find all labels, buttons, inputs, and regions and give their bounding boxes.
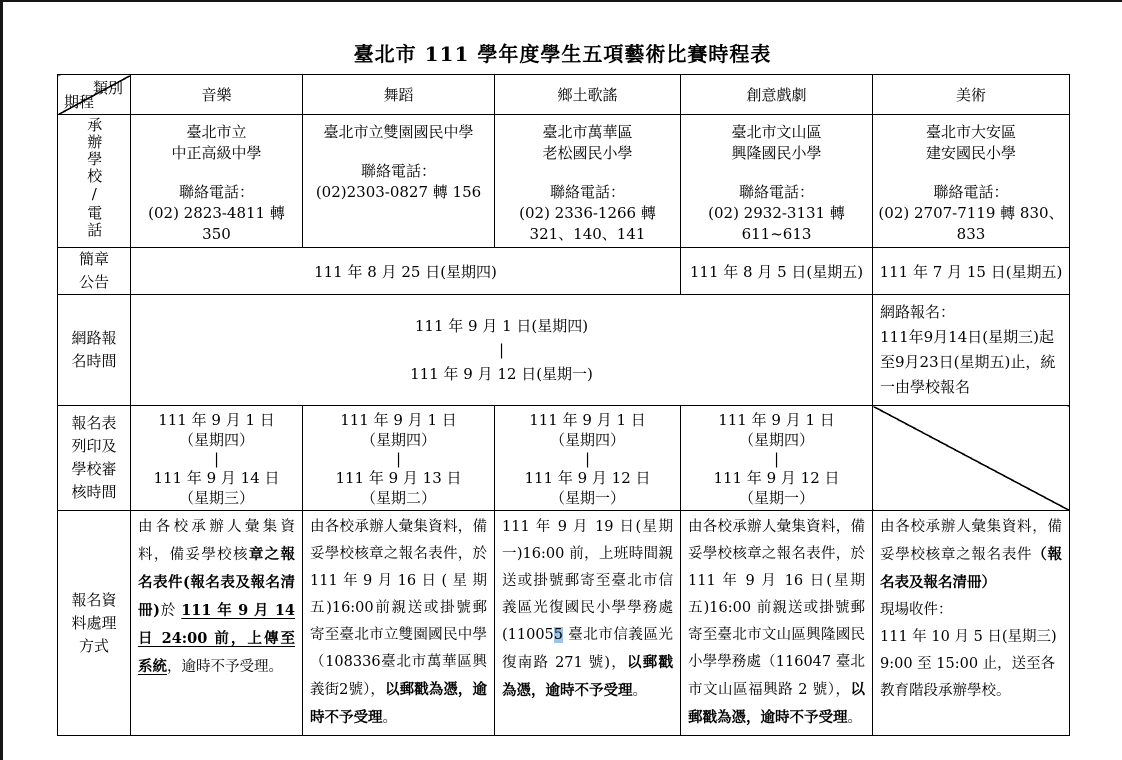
date-line: （星期一） <box>499 488 676 508</box>
announcement-date-drama: 111 年 8 月 5 日(星期五) <box>681 248 873 295</box>
text-line: 111年9月14日(星期三)起 <box>880 325 1062 350</box>
school-cell-music: 臺北市立 中正高級中學 聯絡電話： (02) 2823-4811 轉 350 <box>131 115 303 248</box>
spacer <box>685 164 868 182</box>
date-line: （星期一） <box>685 488 868 508</box>
spacer <box>135 164 298 182</box>
text-run: 111 年 9 月 19 日(星期一)16:00 前，上班時間親送或掛號郵寄至臺… <box>502 519 673 643</box>
text-line: 至9月23日(星期五)止，統 <box>880 350 1062 375</box>
school-cell-fine-art: 臺北市大安區 建安國民小學 聯絡電話： (02) 2707-7119 轉 830… <box>873 115 1070 248</box>
date-line: 111 年 9 月 1 日 <box>307 410 490 430</box>
school-name-line: 臺北市立雙園國民中學 <box>307 122 490 143</box>
school-cell-dance: 臺北市立雙園國民中學 聯絡電話： (02)2303-0827 轉 156 <box>303 115 495 248</box>
row-label-online-registration: 網路報 名時間 <box>58 295 131 406</box>
table-row-host-school: 承辦學校/電話 臺北市立 中正高級中學 聯絡電話： (02) 2823-4811… <box>58 115 1070 248</box>
date-line: （星期四） <box>135 430 298 450</box>
row-label-line: 公告 <box>58 271 130 294</box>
text-run: 。 <box>383 710 398 726</box>
announcement-date-art: 111 年 7 月 15 日(星期五) <box>873 248 1070 295</box>
announcement-date-merged: 111 年 8 月 25 日(星期四) <box>131 248 681 295</box>
online-registration-art: 網路報名： 111年9月14日(星期三)起 至9月23日(星期五)止，統 一由學… <box>873 295 1070 406</box>
col-header-music: 音樂 <box>131 75 303 115</box>
row-label-line: 核時間 <box>58 481 130 504</box>
phone-label: 聯絡電話： <box>499 182 676 203</box>
text-run: 由各校承辦人彙集資料，備妥學校核章之報名表件，於111 年 9 月 16 日(星… <box>688 519 865 698</box>
document-page: { "title": "臺北市 111 學年度學生五項藝術比賽時程表", "hi… <box>0 0 1122 760</box>
col-header-creative-drama: 創意戲劇 <box>681 75 873 115</box>
phone-number: 611~613 <box>685 224 868 245</box>
print-review-music: 111 年 9 月 1 日 （星期四） | 111 年 9 月 14 日 （星期… <box>131 406 303 511</box>
print-review-art-empty-diagonal <box>873 406 1070 511</box>
row-label-line: 列印及 <box>58 435 130 458</box>
page-title: 臺北市 111 學年度學生五項藝術比賽時程表 <box>3 40 1122 68</box>
phone-label: 聯絡電話： <box>685 182 868 203</box>
row-label-line: 學校審 <box>58 458 130 481</box>
school-name-line: 興隆國民小學 <box>685 143 868 164</box>
text-line: 現場收件： <box>880 597 1062 624</box>
date-line: 111 年 9 月 1 日 <box>499 410 676 430</box>
date-range-connector: | <box>499 450 676 468</box>
text-line: 9:00 至 15:00 止，送至各 <box>880 651 1062 678</box>
school-name-line: 中正高級中學 <box>135 143 298 164</box>
spacer <box>499 164 676 182</box>
print-review-folk-song: 111 年 9 月 1 日 （星期四） | 111 年 9 月 12 日 （星期… <box>495 406 681 511</box>
row-label-line: 簡章 <box>58 248 130 271</box>
table-row-processing-method: 報名資 料處理 方式 由各校承辦人彙集資料，備妥學校核章之報名表件(報名表及報名… <box>58 511 1070 736</box>
phone-number: (02) 2932-3131 轉 <box>685 203 868 224</box>
text-line: 111 年 10 月 5 日(星期三) <box>880 624 1062 651</box>
table-row-print-review: 報名表 列印及 學校審 核時間 111 年 9 月 1 日 （星期四） | 11… <box>58 406 1070 511</box>
school-cell-folk-song: 臺北市萬華區 老松國民小學 聯絡電話： (02) 2336-1266 轉 321… <box>495 115 681 248</box>
phone-number: (02) 2707-7119 轉 830、 <box>877 203 1065 224</box>
school-name-line: 臺北市立 <box>135 122 298 143</box>
row-label-line: 名時間 <box>58 350 130 373</box>
row-label-processing-method: 報名資 料處理 方式 <box>58 511 131 736</box>
row-label-print-review: 報名表 列印及 學校審 核時間 <box>58 406 131 511</box>
col-header-folk-song: 鄉土歌謠 <box>495 75 681 115</box>
date-line: （星期四） <box>307 430 490 450</box>
phone-number: (02) 2823-4811 轉 350 <box>135 203 298 245</box>
date-line: 111 年 9 月 1 日 <box>135 410 298 430</box>
phone-label: 聯絡電話： <box>307 161 490 182</box>
phone-number: (02)2303-0827 轉 156 <box>307 182 490 203</box>
date-range-connector: | <box>135 450 298 468</box>
date-line: 111 年 9 月 13 日 <box>307 468 490 488</box>
date-line: （星期四） <box>685 430 868 450</box>
paragraph: 由各校承辦人彙集資料，備妥學校核章之報名表件（報名表及報名清冊） <box>880 514 1062 597</box>
print-review-dance: 111 年 9 月 1 日 （星期四） | 111 年 9 月 13 日 （星期… <box>303 406 495 511</box>
process-cell-fine-art: 由各校承辦人彙集資料，備妥學校核章之報名表件（報名表及報名清冊） 現場收件： 1… <box>873 511 1070 736</box>
row-label-announcement: 簡章 公告 <box>58 248 131 295</box>
table-row-online-registration: 網路報 名時間 111 年 9 月 1 日(星期四) | 111 年 9 月 1… <box>58 295 1070 406</box>
process-cell-folk-song: 111 年 9 月 19 日(星期一)16:00 前，上班時間親送或掛號郵寄至臺… <box>495 511 681 736</box>
date-line: （星期二） <box>307 488 490 508</box>
phone-label: 聯絡電話： <box>135 182 298 203</box>
text-line: 一由學校報名 <box>880 375 1062 400</box>
row-label-line: 報名表 <box>58 412 130 435</box>
corner-label-schedule: 期程 <box>64 91 94 112</box>
schedule-table: 類別 期程 音樂 舞蹈 鄉土歌謠 創意戲劇 美術 承辦學校/電話 臺北市立 中正… <box>57 74 1070 736</box>
text-line: 網路報名： <box>880 300 1062 325</box>
school-name-line: 臺北市萬華區 <box>499 122 676 143</box>
school-name-line: 建安國民小學 <box>877 143 1065 164</box>
phone-number: (02) 2336-1266 轉 <box>499 203 676 224</box>
text-line: 教育階段承辦學校。 <box>880 678 1062 705</box>
col-header-dance: 舞蹈 <box>303 75 495 115</box>
corner-label-category: 類別 <box>93 77 123 98</box>
highlight-run: 5 <box>554 627 563 643</box>
corner-cell: 類別 期程 <box>58 75 131 115</box>
date-line: 111 年 9 月 12 日 <box>499 468 676 488</box>
table-row-header: 類別 期程 音樂 舞蹈 鄉土歌謠 創意戲劇 美術 <box>58 75 1070 115</box>
date-line: 111 年 9 月 12 日(星期一) <box>135 359 868 389</box>
date-line: （星期四） <box>499 430 676 450</box>
online-registration-merged: 111 年 9 月 1 日(星期四) | 111 年 9 月 12 日(星期一) <box>131 295 873 406</box>
date-line: 111 年 9 月 1 日 <box>685 410 868 430</box>
text-run: 。 <box>633 683 648 699</box>
date-line: 111 年 9 月 12 日 <box>685 468 868 488</box>
date-range-connector: | <box>135 341 868 359</box>
date-line: 111 年 9 月 1 日(星期四) <box>135 311 868 341</box>
process-cell-dance: 由各校承辦人彙集資料，備妥學校核章之報名表件，於111年9月16日(星期五)16… <box>303 511 495 736</box>
text-run: 。 <box>848 710 863 726</box>
row-label-line: 網路報 <box>58 327 130 350</box>
process-cell-music: 由各校承辦人彙集資料，備妥學校核章之報名表件(報名表及報名清冊)於 111 年 … <box>131 511 303 736</box>
phone-number: 833 <box>877 224 1065 245</box>
text-run: ，逾時不予受理。 <box>167 659 283 675</box>
row-label-text: 承辦學校/電話 <box>86 117 103 239</box>
text-run: 於 <box>160 603 181 619</box>
text-run: 由各校承辦人彙集資料，備妥學校核章之報名表件，於111年9月16日(星期五)16… <box>310 519 487 698</box>
row-label-line: 料處理 <box>58 612 130 635</box>
school-cell-creative-drama: 臺北市文山區 興隆國民小學 聯絡電話： (02) 2932-3131 轉 611… <box>681 115 873 248</box>
table-row-announcement: 簡章 公告 111 年 8 月 25 日(星期四) 111 年 8 月 5 日(… <box>58 248 1070 295</box>
spacer <box>307 143 490 161</box>
process-cell-creative-drama: 由各校承辦人彙集資料，備妥學校核章之報名表件，於111 年 9 月 16 日(星… <box>681 511 873 736</box>
row-label-line: 方式 <box>58 635 130 658</box>
school-name-line: 臺北市大安區 <box>877 122 1065 143</box>
date-range-connector: | <box>685 450 868 468</box>
school-name-line: 臺北市文山區 <box>685 122 868 143</box>
col-header-fine-art: 美術 <box>873 75 1070 115</box>
date-range-connector: | <box>307 450 490 468</box>
phone-number: 321、140、141 <box>499 224 676 245</box>
phone-label: 聯絡電話： <box>877 182 1065 203</box>
spacer <box>877 164 1065 182</box>
print-review-creative-drama: 111 年 9 月 1 日 （星期四） | 111 年 9 月 12 日 （星期… <box>681 406 873 511</box>
row-label-host-school: 承辦學校/電話 <box>58 115 131 248</box>
date-line: （星期三） <box>135 488 298 508</box>
date-line: 111 年 9 月 14 日 <box>135 468 298 488</box>
row-label-line: 報名資 <box>58 589 130 612</box>
school-name-line: 老松國民小學 <box>499 143 676 164</box>
